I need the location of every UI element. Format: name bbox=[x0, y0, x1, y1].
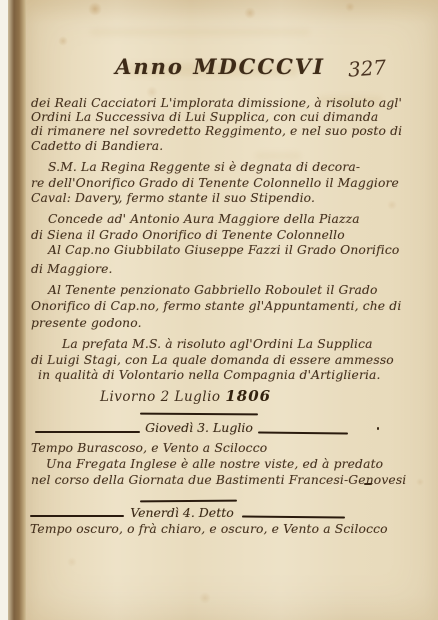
manuscript-line: Caval: Davery, fermo stante il suo Stipe… bbox=[31, 191, 315, 205]
manuscript-line: Una Fregata Inglese è alle nostre viste,… bbox=[46, 457, 383, 471]
year-heading: Anno MDCCCVI bbox=[108, 54, 332, 79]
date-year: 1806 bbox=[225, 387, 271, 405]
ink-mark bbox=[364, 483, 372, 485]
manuscript-line: di rimanere nel sovredetto Reggimento, e… bbox=[31, 124, 402, 138]
manuscript-line: di Siena il Grado Onorifico di Tenente C… bbox=[31, 228, 345, 242]
manuscript-line: Al Cap.no Giubbilato Giuseppe Fazzi il G… bbox=[48, 243, 399, 257]
manuscript-line: in qualità di Volontario nella Compagnia… bbox=[38, 368, 381, 382]
date-place: Livorno 2 Luglio bbox=[100, 389, 221, 405]
manuscript-line: Cadetto di Bandiera. bbox=[31, 139, 163, 153]
manuscript-line: Tempo Burascoso, e Vento a Scilocco bbox=[31, 441, 267, 455]
manuscript-line: Ordini La Successiva di Lui Supplica, co… bbox=[31, 110, 378, 124]
manuscript-line: di Luigi Stagi, con La quale domanda di … bbox=[31, 353, 394, 367]
manuscript-line: Al Tenente penzionato Gabbriello Roboule… bbox=[48, 283, 378, 297]
section-heading-giovedi: Giovedì 3. Luglio bbox=[140, 420, 258, 435]
section-heading-venerdi: Venerdì 4. Detto bbox=[122, 505, 242, 520]
manuscript-line: dei Reali Cacciatori L'implorata dimissi… bbox=[31, 96, 402, 110]
manuscript-line: presente godono. bbox=[31, 316, 142, 330]
manuscript-line: di Maggiore. bbox=[31, 262, 113, 276]
manuscript-line: Concede ad' Antonio Aura Maggiore della … bbox=[48, 212, 360, 226]
manuscript-line: Tempo oscuro, o frà chiaro, e oscuro, e … bbox=[30, 522, 388, 536]
manuscript-line: La prefata M.S. à risoluto agl'Ordini La… bbox=[62, 337, 373, 351]
manuscript-line: Onorifico di Cap.no, fermo stante gl'App… bbox=[31, 299, 401, 313]
page-number: 327 bbox=[347, 54, 397, 81]
date-line: Livorno 2 Luglio 1806 bbox=[100, 387, 271, 405]
scanned-manuscript-page: Anno MDCCCVI 327 dei Reali Cacciatori L'… bbox=[0, 0, 438, 620]
ink-mark bbox=[377, 427, 379, 430]
manuscript-line: nel corso della Giornata due Bastimenti … bbox=[31, 473, 406, 487]
book-binding-gutter bbox=[8, 0, 28, 620]
section-rule-left bbox=[35, 431, 140, 433]
manuscript-line: S.M. La Regina Reggente si è degnata di … bbox=[48, 160, 360, 174]
manuscript-line: re dell'Onorifico Grado di Tenente Colon… bbox=[31, 176, 399, 190]
section-rule-left bbox=[30, 515, 124, 517]
